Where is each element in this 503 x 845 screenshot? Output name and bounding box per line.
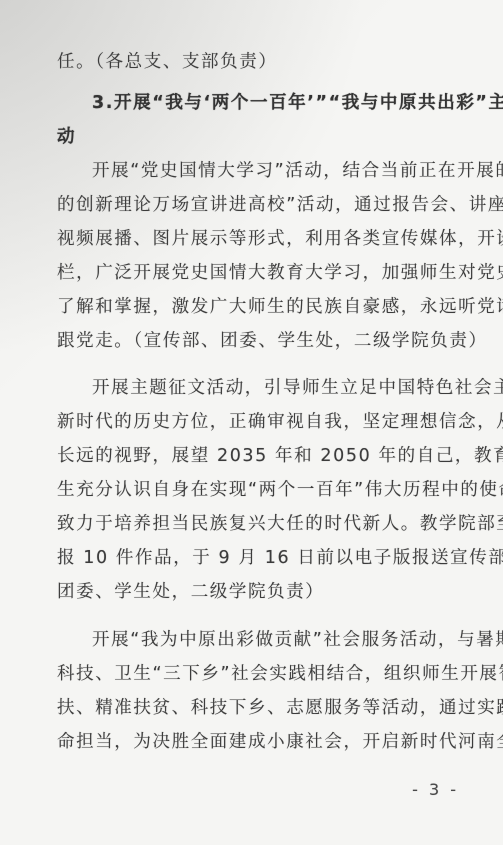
text-line: 3.开展“我与‘两个一百年’”“我与中原共出彩”主题活 [57,86,463,120]
text-line: 团委、学生处，二级学院负责） [57,575,463,609]
text-line: 开展“党史国情大学习”活动，结合当前正在开展的“党 [57,154,463,188]
paragraph-essay-activity: 开展主题征文活动，引导师生立足中国特色社会主义进入 新时代的历史方位，正确审视自… [57,371,463,609]
section-heading-3: 3.开展“我与‘两个一百年’”“我与中原共出彩”主题活 动 [57,86,463,154]
text-line: 报 10 件作品，于 9 月 16 日前以电子版报送宣传部。（宣传部、 [57,541,463,575]
text-line: 扶、精准扶贫、科技下乡、志愿服务等活动，通过实践增强使 [57,691,463,725]
document-body: 任。（各总支、支部负责） 3.开展“我与‘两个一百年’”“我与中原共出彩”主题活… [57,45,463,759]
text-line: 跟党走。（宣传部、团委、学生处，二级学院负责） [57,324,463,358]
page-number: - 3 - [412,780,459,800]
text-line: 开展“我为中原出彩做贡献”社会服务活动，与暑期文化、 [57,623,463,657]
text-line: 动 [57,120,463,154]
paragraph-continuation: 任。（各总支、支部负责） [57,45,463,79]
text-line: 的创新理论万场宣讲进高校”活动，通过报告会、讲座，通过 [57,188,463,222]
paragraph-social-service: 开展“我为中原出彩做贡献”社会服务活动，与暑期文化、 科技、卫生“三下乡”社会实… [57,623,463,759]
text-line: 长远的视野，展望 2035 年和 2050 年的自己，教育引导广大师 [57,439,463,473]
text-line: 栏，广泛开展党史国情大教育大学习，加强师生对党史国情的 [57,256,463,290]
paragraph-party-history-study: 开展“党史国情大学习”活动，结合当前正在开展的“党 的创新理论万场宣讲进高校”活… [57,154,463,358]
text-line: 科技、卫生“三下乡”社会实践相结合，组织师生开展智力帮 [57,657,463,691]
text-line: 开展主题征文活动，引导师生立足中国特色社会主义进入 [57,371,463,405]
text-line: 生充分认识自身在实现“两个一百年”伟大历程中的使命担当， [57,473,463,507]
text-line: 新时代的历史方位，正确审视自我，坚定理想信念，从历史和 [57,405,463,439]
text-line: 命担当，为决胜全面建成小康社会，开启新时代河南全面建设 [57,725,463,759]
text-line: 致力于培养担当民族复兴大任的时代新人。教学院部至少要上 [57,507,463,541]
text-line: 了解和掌握，激发广大师生的民族自豪感，永远听党话、坚定 [57,290,463,324]
text-line: 视频展播、图片展示等形式，利用各类宣传媒体，开设学习专 [57,222,463,256]
text-line: 任。（各总支、支部负责） [57,45,463,79]
scanned-document-page: 任。（各总支、支部负责） 3.开展“我与‘两个一百年’”“我与中原共出彩”主题活… [0,0,503,845]
